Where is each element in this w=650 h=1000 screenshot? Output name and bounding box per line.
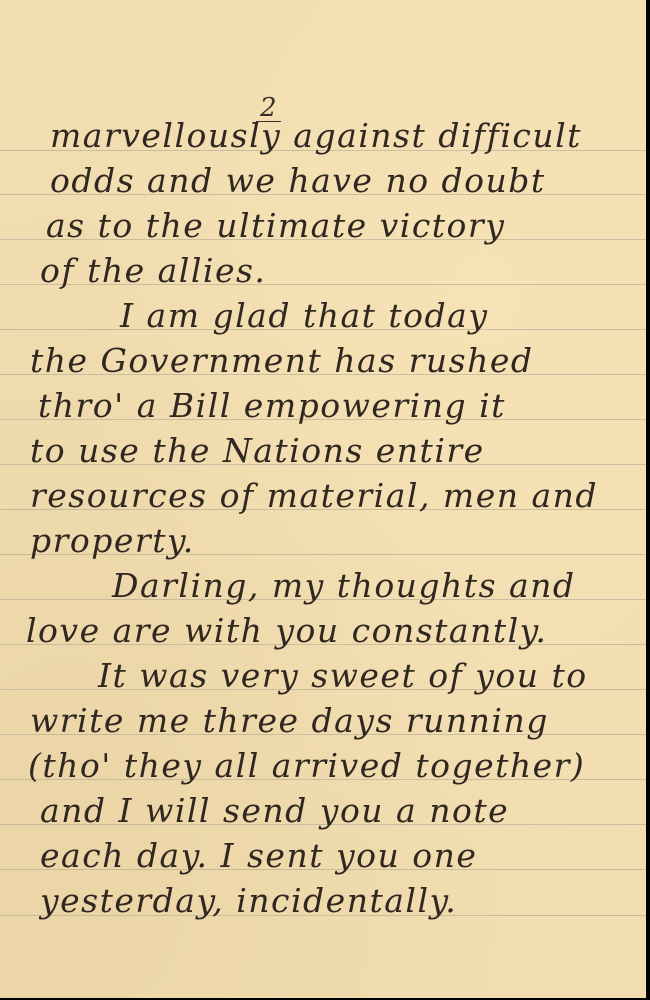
text-line: the Government has rushed — [30, 341, 534, 381]
text-line: love are with you constantly. — [26, 611, 547, 651]
text-line: yesterday, incidentally. — [40, 881, 457, 921]
text-line: of the allies. — [40, 251, 266, 291]
text-line: Darling, my thoughts and — [112, 566, 576, 606]
text-line: It was very sweet of you to — [98, 656, 588, 696]
text-line: I am glad that today — [120, 296, 488, 336]
text-line: write me three days running — [30, 701, 549, 741]
text-line: odds and we have no doubt — [50, 161, 546, 201]
text-line: and I will send you a note — [40, 791, 509, 831]
text-line: as to the ultimate victory — [46, 206, 505, 246]
text-line: property. — [30, 521, 195, 561]
text-line: thro' a Bill empowering it — [38, 386, 506, 426]
letter-page: 2 marvellously against difficult odds an… — [0, 0, 646, 998]
text-line: to use the Nations entire — [30, 431, 485, 471]
text-line: resources of material, men and — [30, 476, 598, 516]
text-line: marvellously against difficult — [50, 116, 582, 156]
text-line: (tho' they all arrived together) — [28, 746, 585, 786]
text-line: each day. I sent you one — [40, 836, 477, 876]
